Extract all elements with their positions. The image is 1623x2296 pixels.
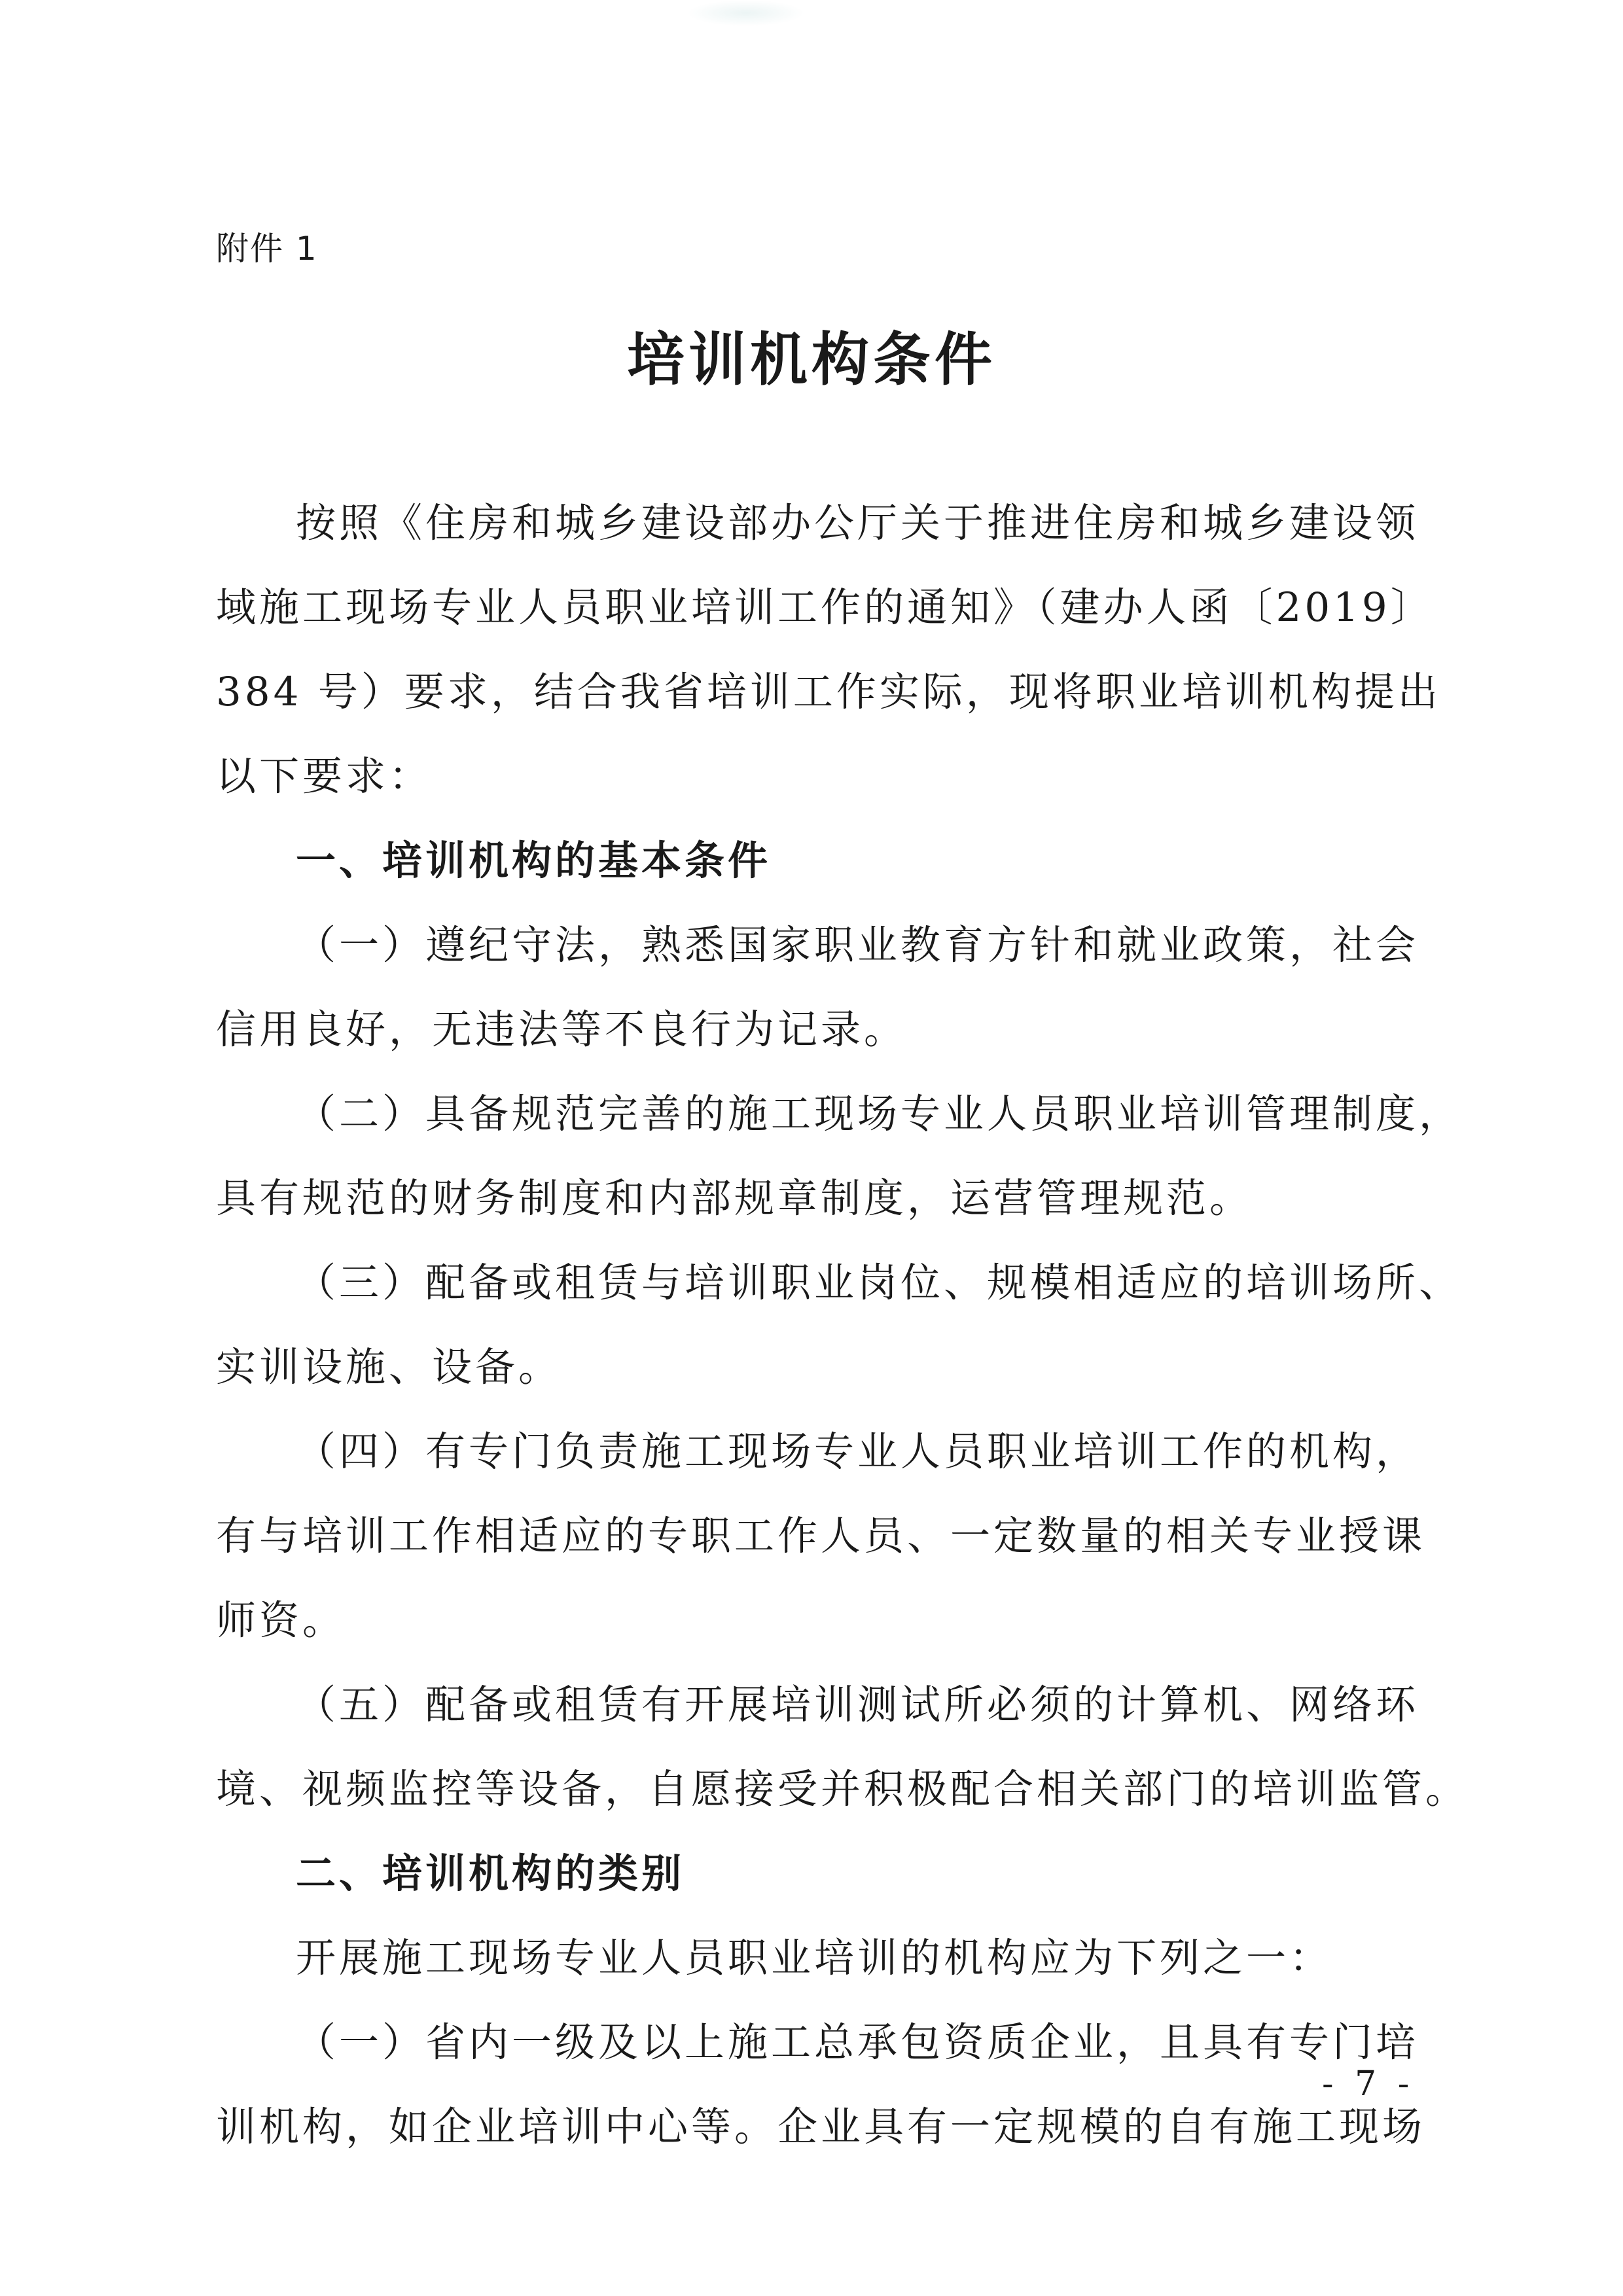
- paragraph-line: 具有规范的财务制度和内部规章制度，运营管理规范。: [216, 1156, 1427, 1241]
- paragraph-line: 按照《住房和城乡建设部办公厅关于推进住房和城乡建设领: [216, 481, 1427, 565]
- paragraph-line: 境、视频监控等设备，自愿接受并积极配合相关部门的培训监管。: [216, 1747, 1427, 1831]
- paragraph-line: 实训设施、设备。: [216, 1325, 1427, 1409]
- document-body: 按照《住房和城乡建设部办公厅关于推进住房和城乡建设领 域施工现场专业人员职业培训…: [216, 481, 1427, 2169]
- paragraph-line: （五）配备或租赁有开展培训测试所必须的计算机、网络环: [216, 1663, 1427, 1747]
- paragraph-line: 师资。: [216, 1578, 1427, 1663]
- paragraph-line: 以下要求：: [216, 734, 1427, 819]
- page-number: - 7 -: [1322, 2064, 1414, 2104]
- attachment-label: 附件 1: [216, 222, 318, 270]
- scan-artifact: [687, 0, 805, 26]
- paragraph-line: （二）具备规范完善的施工现场专业人员职业培训管理制度，: [216, 1072, 1427, 1156]
- paragraph-line: 信用良好，无违法等不良行为记录。: [216, 987, 1427, 1072]
- section-heading-categories: 二、培训机构的类别: [216, 1831, 1427, 1916]
- section-heading-basic-conditions: 一、培训机构的基本条件: [216, 819, 1427, 903]
- paragraph-line: 有与培训工作相适应的专职工作人员、一定数量的相关专业授课: [216, 1494, 1427, 1578]
- paragraph-line: 384 号）要求，结合我省培训工作实际，现将职业培训机构提出: [216, 650, 1427, 734]
- paragraph-line: （一）省内一级及以上施工总承包资质企业，且具有专门培: [216, 2000, 1427, 2085]
- paragraph-line: 训机构，如企业培训中心等。企业具有一定规模的自有施工现场: [216, 2085, 1427, 2169]
- paragraph-line: 开展施工现场专业人员职业培训的机构应为下列之一：: [216, 1916, 1427, 2000]
- paragraph-line: （四）有专门负责施工现场专业人员职业培训工作的机构，: [216, 1409, 1427, 1494]
- paragraph-line: 域施工现场专业人员职业培训工作的通知》（建办人函〔2019〕: [216, 565, 1427, 650]
- paragraph-line: （一）遵纪守法，熟悉国家职业教育方针和就业政策，社会: [216, 903, 1427, 987]
- paragraph-line: （三）配备或租赁与培训职业岗位、规模相适应的培训场所、: [216, 1241, 1427, 1325]
- document-title: 培训机构条件: [0, 314, 1623, 397]
